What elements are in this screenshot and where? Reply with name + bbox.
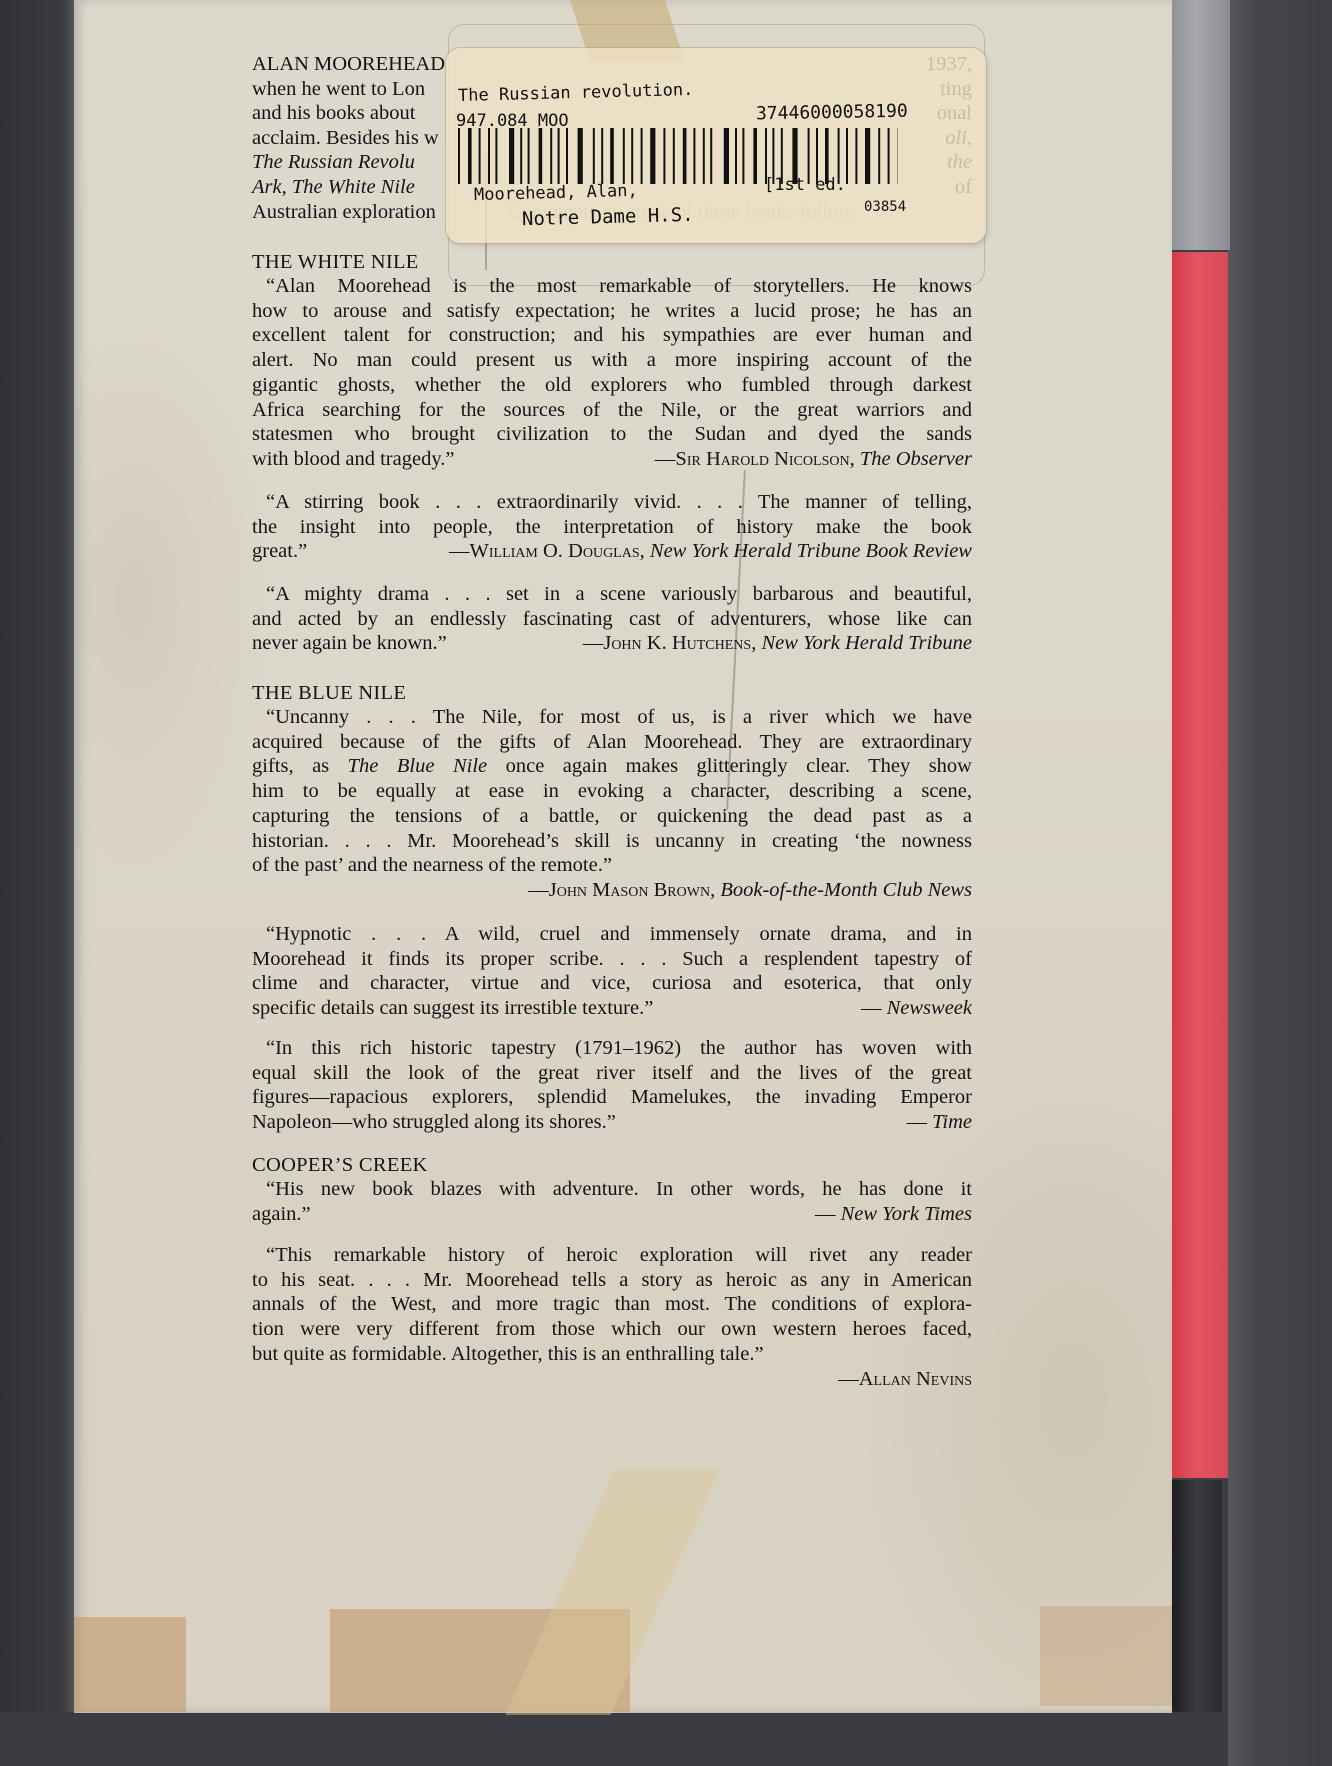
attribution-name: — [907,1111,928,1133]
quote-last-line: with blood and tragedy.”—Sir Harold Nico… [252,447,972,472]
quote-text: with blood and tragedy.” [252,448,454,470]
quote-last-line: again.”— New York Times [252,1202,972,1227]
attribution-source: New York Herald Tribune [761,632,972,654]
bio-line-text: The Russian Revolu [252,151,415,173]
quote-line: “A mighty drama . . . set in a scene var… [252,582,972,607]
quote-line: annals of the West, and more tragic than… [252,1292,972,1317]
label-record-id: 03854 [864,198,906,216]
quote-attribution: —John Mason Brown, Book-of-the-Month Clu… [528,879,972,901]
quote-text: of the past’ and the nearness of the rem… [252,854,612,876]
attribution-source: Time [932,1111,972,1133]
quote-line: him to be equally at ease in evoking a c… [252,779,972,804]
quote-line: Moorehead it finds its proper scribe. . … [252,947,972,972]
bio-line-text: Australian exploration [252,201,436,223]
attribution-source: New York Herald Tribune Book Review [650,540,972,562]
quote-last-line: of the past’ and the nearness of the rem… [252,853,972,878]
attribution-name: —John K. Hutchens, [583,632,756,654]
quote-last-line: never again be known.”—John K. Hutchens,… [252,631,972,656]
book-title: The Blue Nile [348,755,487,777]
quote-line: and acted by an endlessly fascinating ca… [252,607,972,632]
quote-attribution: —William O. Douglas, New York Herald Tri… [449,539,972,564]
section-heading: THE BLUE NILE [252,681,406,706]
spine-black-band [1172,1480,1222,1712]
quote-text: never again be known.” [252,632,447,654]
quote-attribution: —John K. Hutchens, New York Herald Tribu… [583,631,972,656]
quote-line: “A stirring book . . . extraordinarily v… [252,490,972,515]
attribution-line: —Allan Nevins [252,1367,972,1392]
quote-attribution: — New York Times [815,1202,972,1227]
attribution-source: New York Times [841,1203,972,1225]
quote-attribution: —Sir Harold Nicolson, The Observer [655,447,972,472]
quote-line: gigantic ghosts, whether the old explore… [252,373,972,398]
quote-last-line: but quite as formidable. Altogether, thi… [252,1342,972,1367]
quote-attribution: —Allan Nevins [838,1368,972,1390]
label-edition: [1st ed. [764,176,846,194]
attribution-source: The Observer [860,448,972,470]
attribution-name: —William O. Douglas, [449,540,645,562]
quote-line: “Alan Moorehead is the most remarkable o… [252,274,972,299]
quote-line: “His new book blazes with adventure. In … [252,1177,972,1202]
quote-line: “Hypnotic . . . A wild, cruel and immens… [252,922,972,947]
bio-line-text: ALAN MOOREHEAD [252,53,445,75]
quote-attribution: — Newsweek [861,996,972,1021]
quote-text: great.” [252,540,307,562]
quote-line: tion were very different from those whic… [252,1317,972,1342]
tape-strip [1040,1606,1172,1706]
label-library: Notre Dame H.S. [522,206,694,228]
attribution-source: Book-of-the-Month Club News [720,879,972,901]
quote-last-line: Napoleon—who struggled along its shores.… [252,1110,972,1135]
bio-line-text: Ark, The White Nile [252,176,415,198]
bio-line-text: when he went to Lon [252,78,425,100]
attribution-name: —John Mason Brown, [528,879,715,901]
quote-last-line: specific details can suggest its irresti… [252,996,972,1021]
section-heading: THE WHITE NILE [252,250,419,275]
spine-shadow [1228,0,1332,1766]
quote-line: the insight into people, the interpretat… [252,515,972,540]
attribution-line: —John Mason Brown, Book-of-the-Month Clu… [252,878,972,903]
scan-background-left [0,0,78,1766]
section-heading: COOPER’S CREEK [252,1153,428,1178]
quote-last-line: great.”—William O. Douglas, New York Her… [252,539,972,564]
quote-line: capturing the tensions of a battle, or q… [252,804,972,829]
quote-text: specific details can suggest its irresti… [252,997,653,1019]
quote-attribution: — Time [907,1110,973,1135]
spine-gray-band [1172,0,1230,250]
quote-line: gifts, as The Blue Nile once again makes… [252,754,972,779]
quote-line: Africa searching for the sources of the … [252,398,972,423]
quote-line: alert. No man could present us with a mo… [252,348,972,373]
bio-line-text: acclaim. Besides his w [252,127,439,149]
quote-line: clime and character, virtue and vice, cu… [252,971,972,996]
attribution-source: Newsweek [887,997,972,1019]
quote-line: figures—rapacious explorers, splendid Ma… [252,1085,972,1110]
spine-red-band [1172,252,1228,1478]
label-author: Moorehead, Alan, [474,182,638,204]
tape-strip [74,1617,186,1712]
quote-line: statesmen who brought civilization to th… [252,422,972,447]
quote-line: excellent talent for construction; and h… [252,323,972,348]
quote-text: again.” [252,1203,311,1225]
quote-line: equal skill the look of the great river … [252,1061,972,1086]
label-barcode-number: 37446000058190 [756,103,908,124]
attribution-name: —Allan Nevins [838,1368,972,1390]
quote-line: “Uncanny . . . The Nile, for most of us,… [252,705,972,730]
quote-line: to his seat. . . . Mr. Moorehead tells a… [252,1268,972,1293]
quote-line: acquired because of the gifts of Alan Mo… [252,730,972,755]
attribution-name: — [815,1203,836,1225]
quote-line: “In this rich historic tapestry (1791–19… [252,1036,972,1061]
bio-line-text: and his books about [252,102,415,124]
quote-line: how to arouse and satisfy expectation; h… [252,299,972,324]
quote-text: Napoleon—who struggled along its shores.… [252,1111,616,1133]
quote-text: but quite as formidable. Altogether, thi… [252,1343,764,1365]
quote-line: historian. . . . Mr. Moorehead’s skill i… [252,829,972,854]
quote-line: “This remarkable history of heroic explo… [252,1243,972,1268]
scan-background-bottom [0,1712,1332,1766]
attribution-name: — [861,997,882,1019]
attribution-name: —Sir Harold Nicolson, [655,448,855,470]
